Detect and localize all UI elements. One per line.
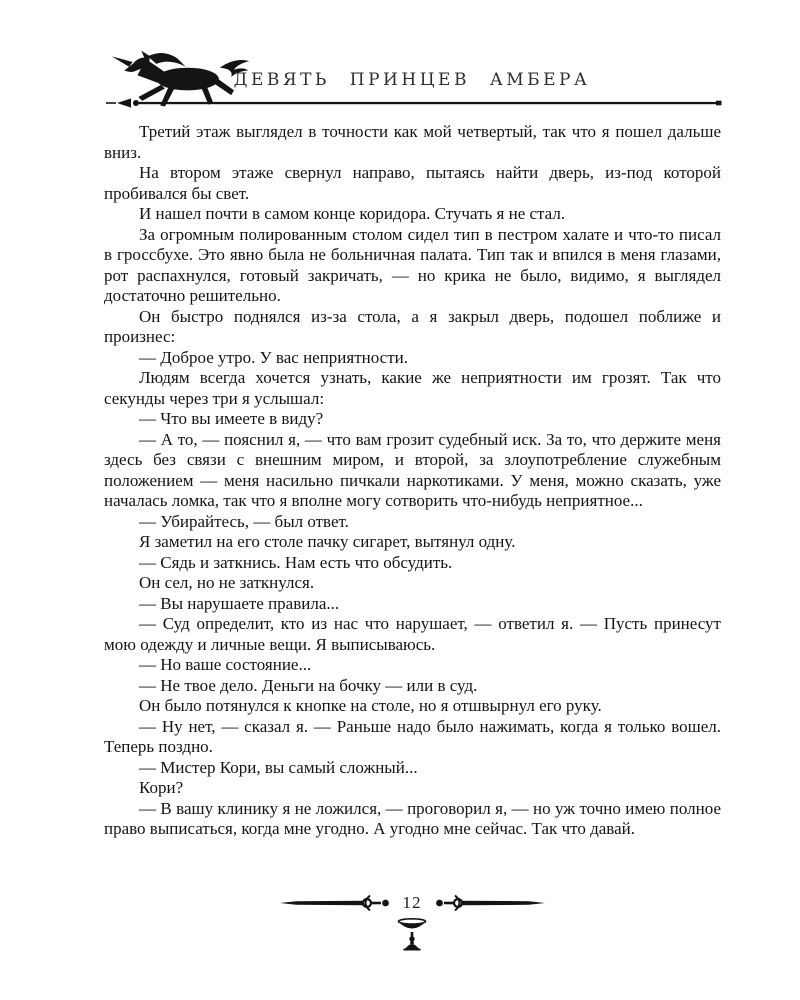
paragraph: — Убирайтесь, — был ответ. xyxy=(104,512,721,533)
left-arrow-icon xyxy=(106,98,139,107)
sword-right-icon xyxy=(431,894,545,912)
header-rule xyxy=(106,95,722,109)
goblet-icon xyxy=(104,918,720,951)
footer-ornament: 12 xyxy=(104,893,720,913)
paragraph: На втором этаже свернул направо, пытаясь… xyxy=(104,163,721,204)
paragraph: — Сядь и заткнись. Нам есть что обсудить… xyxy=(104,553,721,574)
paragraph: Людям всегда хочется узнать, какие же не… xyxy=(104,368,721,409)
body-text: Третий этаж выглядел в точности как мой … xyxy=(104,122,721,840)
paragraph: — Суд определит, кто из нас что нарушает… xyxy=(104,614,721,655)
book-page: ДЕВЯТЬ ПРИНЦЕВ АМБЕРА Третий этаж выгляд… xyxy=(0,0,800,1000)
paragraph: — Вы нарушаете правила... xyxy=(104,594,721,615)
paragraph: — Мистер Кори, вы самый сложный... xyxy=(104,758,721,779)
paragraph: — Ну нет, — сказал я. — Раньше надо было… xyxy=(104,717,721,758)
paragraph: — Доброе утро. У вас неприятности. xyxy=(104,348,721,369)
paragraph: Он было потянулся к кнопке на столе, но … xyxy=(104,696,721,717)
paragraph: — А то, — пояснил я, — что вам грозит су… xyxy=(104,430,721,512)
paragraph: Третий этаж выглядел в точности как мой … xyxy=(104,122,721,163)
paragraph: И нашел почти в самом конце коридора. Ст… xyxy=(104,204,721,225)
paragraph: За огромным полированным столом сидел ти… xyxy=(104,225,721,307)
page-number: 12 xyxy=(403,893,422,913)
paragraph: Он быстро поднялся из-за стола, а я закр… xyxy=(104,307,721,348)
paragraph: — Что вы имеете в виду? xyxy=(104,409,721,430)
paragraph: Он сел, но не заткнулся. xyxy=(104,573,721,594)
page-title: ДЕВЯТЬ ПРИНЦЕВ АМБЕРА xyxy=(104,70,720,90)
paragraph: Кори? xyxy=(104,778,721,799)
paragraph: — В вашу клинику я не ложился, — прогово… xyxy=(104,799,721,840)
paragraph: — Не твое дело. Деньги на бочку — или в … xyxy=(104,676,721,697)
paragraph: Я заметил на его столе пачку сигарет, вы… xyxy=(104,532,721,553)
paragraph: — Но ваше состояние... xyxy=(104,655,721,676)
sword-left-icon xyxy=(280,894,394,912)
